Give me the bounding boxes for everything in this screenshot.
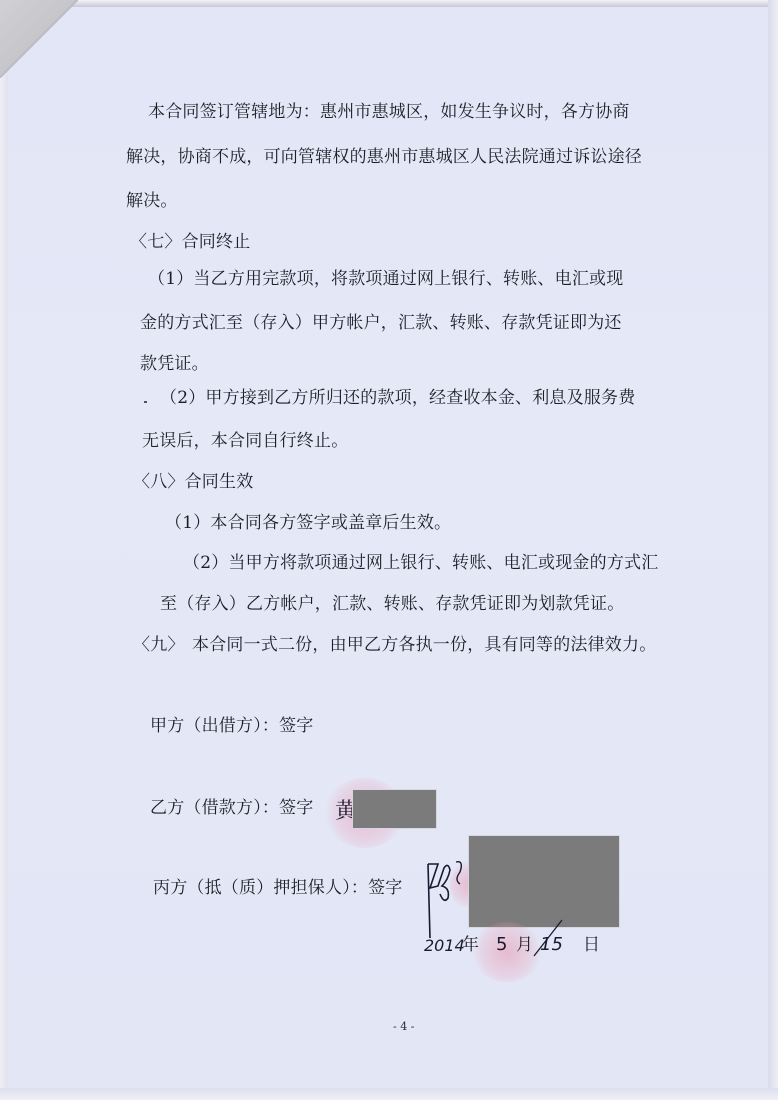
- scan-edge-top: [0, 0, 778, 7]
- date-year: 2014: [424, 936, 465, 955]
- section-9-heading: 〈九〉: [133, 634, 185, 656]
- section-8-item-2-line-2: 至（存入）乙方帐户，汇款、转账、存款凭证即为划款凭证。: [160, 593, 624, 615]
- page-number: - 4 -: [393, 1020, 414, 1033]
- section-8-heading: 〈八〉合同生效: [133, 471, 253, 493]
- section-7-item-1-line-3: 款凭证。: [140, 353, 209, 375]
- section-7-item-2-line-1: （2）甲方接到乙方所归还的款项，经查收本金、利息及服务费: [160, 387, 635, 409]
- redaction-box: [468, 835, 620, 928]
- section-7-heading: 〈七〉合同终止: [130, 231, 250, 253]
- section-7-item-1-line-1: （1）当乙方用完款项，将款项通过网上银行、转账、电汇或现: [148, 268, 623, 290]
- party-a-signature-label: 甲方（出借方）：签字: [150, 715, 314, 737]
- party-b-signature-label: 乙方（借款方）：签字: [150, 797, 314, 819]
- section-8-item-1: （1）本合同各方签字或盖章后生效。: [165, 512, 451, 534]
- folded-corner: [0, 0, 78, 78]
- date-month: 5: [496, 934, 507, 955]
- section-7-item-1-line-2: 金的方式汇至（存入）甲方帐户，汇款、转账、存款凭证即为还: [140, 312, 622, 334]
- section-8-item-2-line-1: （2）当甲方将款项通过网上银行、转账、电汇或现金的方式汇: [183, 552, 658, 574]
- scan-edge-right: [768, 0, 778, 1100]
- jurisdiction-line-1: 本合同签订管辖地为：惠州市惠城区，如发生争议时，各方协商: [148, 101, 630, 123]
- jurisdiction-line-2: 解决，协商不成，可向管辖权的惠州市惠城区人民法院通过诉讼途径: [126, 146, 642, 168]
- document-page: [6, 6, 772, 1094]
- section-7-item-2-line-2: 无误后，本合同自行终止。: [142, 430, 348, 452]
- redaction-box: [352, 789, 437, 829]
- party-c-signature-label: 丙方（抵（质）押担保人）：签字: [153, 877, 403, 899]
- scan-edge-bottom: [0, 1088, 778, 1100]
- date-day-label: 日: [583, 934, 600, 956]
- date-month-label: 月: [516, 934, 533, 956]
- jurisdiction-line-3: 解决。: [126, 190, 178, 212]
- date-year-label: 年: [462, 934, 479, 956]
- scan-edge-left: [0, 0, 8, 1100]
- scan-speck: [144, 401, 147, 403]
- date-day-slash-stroke: [532, 918, 572, 958]
- section-9-text: 本合同一式二份，由甲乙方各执一份，具有同等的法律效力。: [192, 634, 656, 656]
